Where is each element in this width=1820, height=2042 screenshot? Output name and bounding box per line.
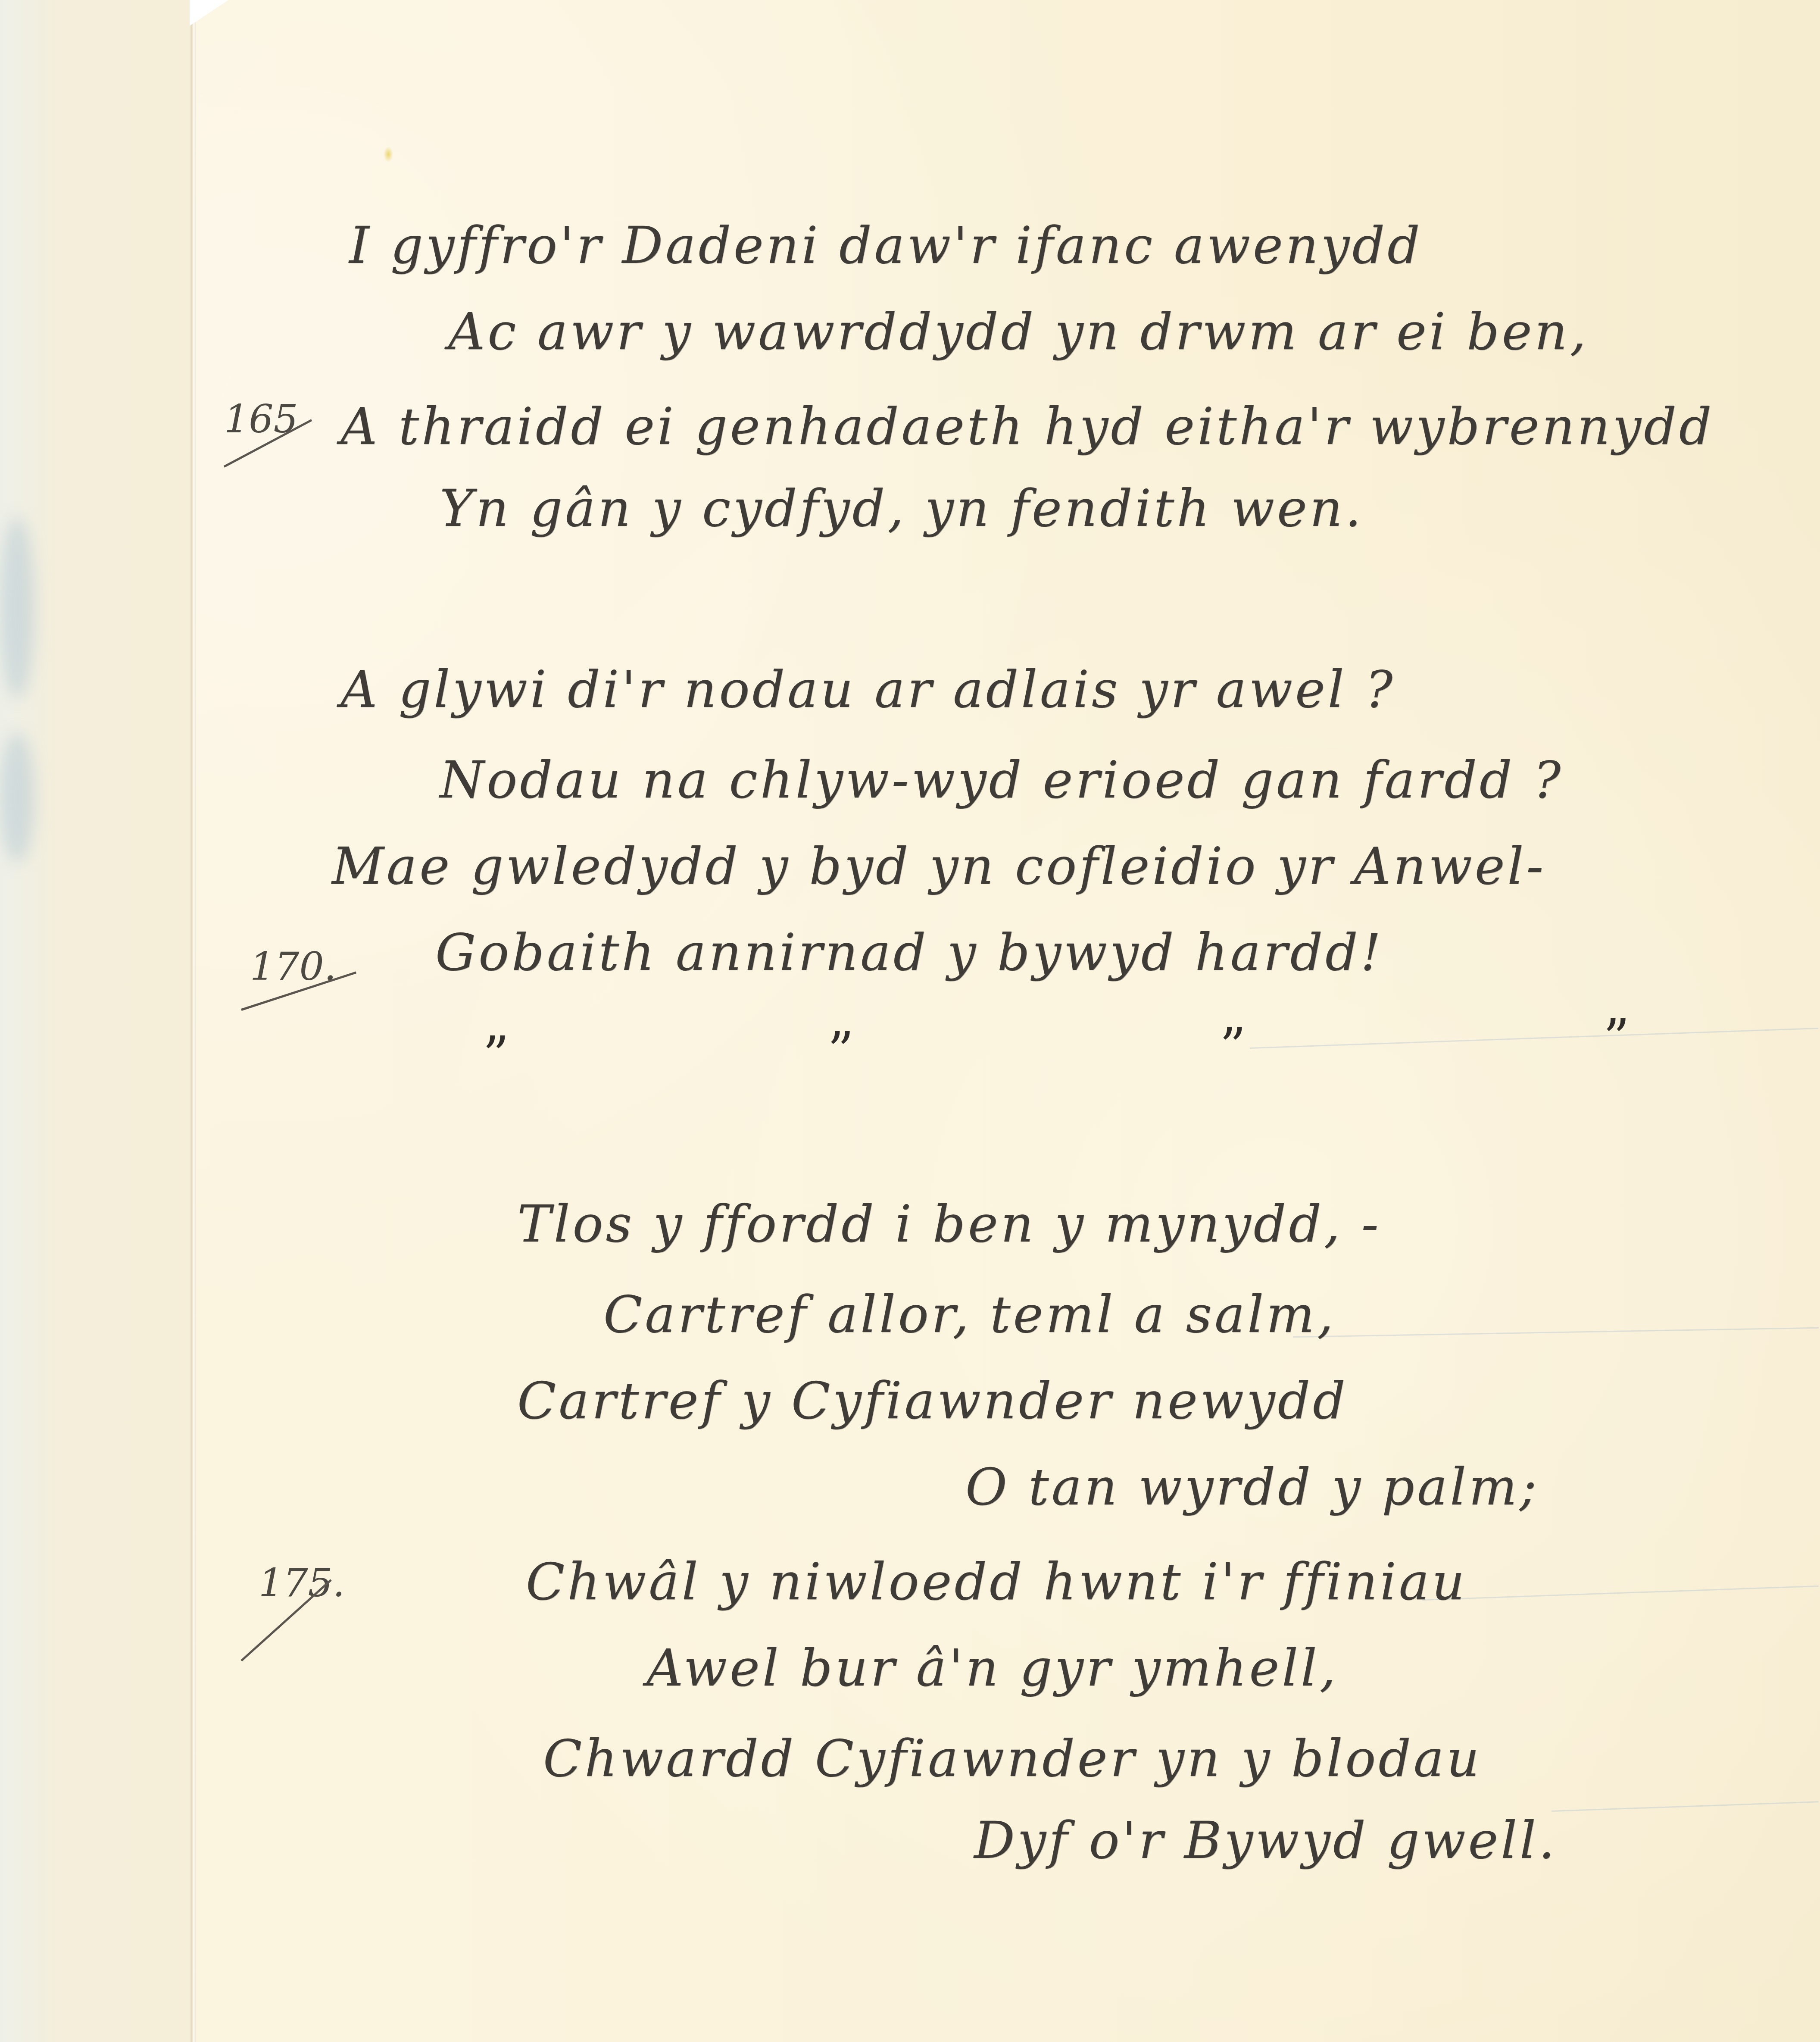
manuscript-page: I gyffro'r Dadeni daw'r ifanc awenydd Ac… xyxy=(0,0,1820,2042)
line-number: 165 xyxy=(224,397,298,442)
verse-line: A thraidd ei genhadaeth hyd eitha'r wybr… xyxy=(340,397,1714,456)
ruled-line xyxy=(1293,1327,1819,1338)
verse-line: Yn gân y cydfyd, yn fendith wen. xyxy=(440,478,1364,538)
verse-line: Dyf o'r Bywyd gwell. xyxy=(974,1811,1557,1870)
ditto-mark: ” xyxy=(1220,1017,1246,1077)
verse-line: Chwardd Cyfiawnder yn y blodau xyxy=(543,1729,1482,1788)
verse-line: Nodau na chlyw-wyd erioed gan fardd ? xyxy=(440,750,1563,810)
verse-line: Gobaith annirnad y bywyd hardd! xyxy=(435,922,1383,982)
ditto-mark: ” xyxy=(1603,1009,1630,1069)
page-left-margin xyxy=(0,0,194,2042)
paper-stain xyxy=(384,147,393,162)
verse-line: Chwâl y niwloedd hwnt i'r ffiniau xyxy=(526,1552,1467,1611)
ink-smudge xyxy=(0,733,34,862)
verse-line: O tan wyrdd y palm; xyxy=(965,1457,1539,1517)
line-number: 175. xyxy=(259,1560,345,1606)
verse-line: Ac awr y wawrddydd yn drwm ar ei ben, xyxy=(448,302,1589,361)
page-fold-crease xyxy=(190,0,196,2042)
verse-line: Cartref y Cyfiawnder newydd xyxy=(517,1371,1348,1430)
ditto-mark: ” xyxy=(483,1026,509,1086)
ink-smudge xyxy=(0,517,34,698)
verse-line: Mae gwledydd y byd yn cofleidio yr Anwel… xyxy=(332,836,1546,896)
verse-line: A glywi di'r nodau ar adlais yr awel ? xyxy=(340,660,1395,719)
verse-line: Awel bur â'n gyr ymhell, xyxy=(646,1638,1338,1698)
ditto-mark: ” xyxy=(827,1022,854,1082)
ruled-line xyxy=(1422,1585,1819,1601)
verse-line: I gyffro'r Dadeni daw'r ifanc awenydd xyxy=(349,216,1423,275)
torn-corner xyxy=(190,0,228,26)
verse-line: Cartref allor, teml a salm, xyxy=(603,1285,1336,1344)
ruled-line xyxy=(1552,1801,1819,1812)
verse-line: Tlos y ffordd i ben y mynydd, - xyxy=(517,1194,1381,1254)
ruled-line xyxy=(1250,1028,1818,1049)
